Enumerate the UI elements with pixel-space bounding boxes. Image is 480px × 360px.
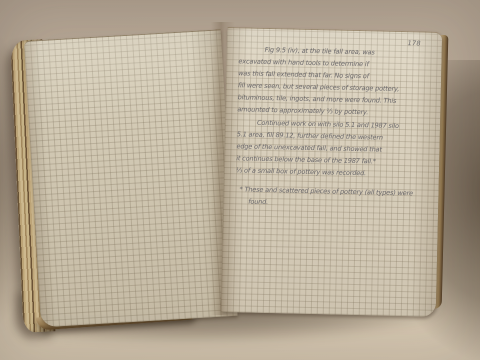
notebook-photo-scene: 178 Fig 9.5 (iv), at the tile fall area,… xyxy=(0,0,480,360)
photo-vignette xyxy=(0,0,480,360)
